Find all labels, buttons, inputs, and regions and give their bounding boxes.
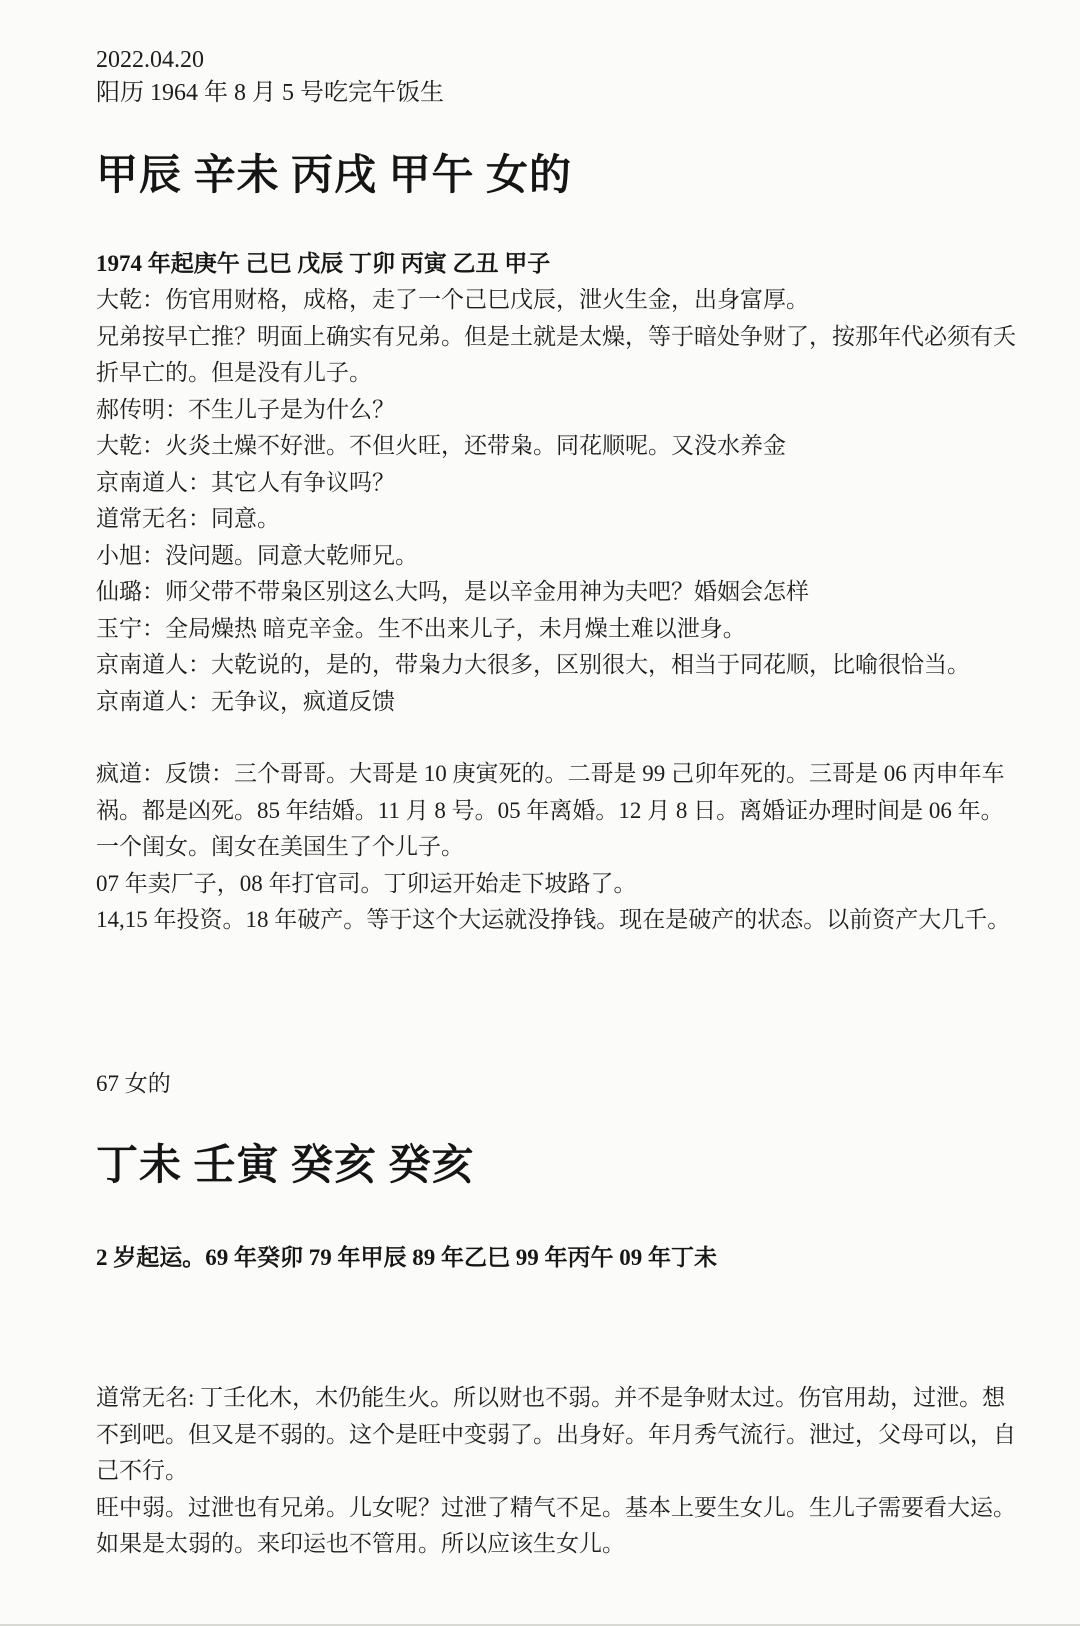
discussion-line: 小旭：没问题。同意大乾师兄。 (96, 538, 1044, 575)
feedback-line: 14,15 年投资。18 年破产。等于这个大运就没挣钱。现在是破产的状态。以前资… (96, 902, 1044, 939)
discussion-line: 京南道人：大乾说的，是的，带枭力大很多，区别很大，相当于同花顺，比喻很恰当。 (96, 647, 1044, 684)
discussion-line: 大乾：火炎土燥不好泄。不但火旺，还带枭。同花顺呢。又没水养金 (96, 428, 1044, 465)
birth-info: 阳历 1964 年 8 月 5 号吃完午饭生 (96, 77, 1044, 110)
document-page: 2022.04.20 阳历 1964 年 8 月 5 号吃完午饭生 甲辰 辛未 … (0, 0, 1080, 1626)
feedback-line: 07 年卖厂子，08 年打官司。丁卯运开始走下坡路了。 (96, 866, 1044, 903)
feedback-line: 祸。都是凶死。85 年结婚。11 月 8 号。05 年离婚。12 月 8 日。离… (96, 793, 1044, 830)
discussion-line: 折早亡的。但是没有儿子。 (96, 355, 1044, 392)
bazi-pillars-heading-2: 丁未 壬寅 癸亥 癸亥 (96, 1142, 1044, 1190)
age-note: 67 女的 (96, 1066, 1044, 1103)
analysis-line: 道常无名: 丁壬化木，木仍能生火。所以财也不弱。并不是争财太过。伤官用劫，过泄。… (96, 1380, 1044, 1417)
feedback-line: 疯道：反馈：三个哥哥。大哥是 10 庚寅死的。二哥是 99 己卯年死的。三哥是 … (96, 756, 1044, 793)
discussion-line: 京南道人：其它人有争议吗？ (96, 465, 1044, 502)
analysis-line: 己不行。 (96, 1453, 1044, 1490)
feedback-block: 疯道：反馈：三个哥哥。大哥是 10 庚寅死的。二哥是 99 己卯年死的。三哥是 … (96, 756, 1044, 939)
discussion-block: 大乾：伤官用财格，成格，走了一个己巳戊辰，泄火生金，出身富厚。 兄弟按早亡推？明… (96, 282, 1044, 720)
luck-cycles-line-2: 2 岁起运。69 年癸卯 79 年甲辰 89 年乙巳 99 年丙午 09 年丁未 (96, 1240, 1044, 1276)
discussion-line: 玉宁：全局燥热 暗克辛金。生不出来儿子，未月燥土难以泄身。 (96, 611, 1044, 648)
analysis-line: 旺中弱。过泄也有兄弟。儿女呢？过泄了精气不足。基本上要生女儿。生儿子需要看大运。 (96, 1490, 1044, 1527)
analysis-line: 不到吧。但又是不弱的。这个是旺中变弱了。出身好。年月秀气流行。泄过，父母可以，自 (96, 1417, 1044, 1454)
analysis-line: 如果是太弱的。来印运也不管用。所以应该生女儿。 (96, 1526, 1044, 1563)
feedback-line: 一个闺女。闺女在美国生了个儿子。 (96, 829, 1044, 866)
discussion-line: 郝传明：不生儿子是为什么？ (96, 392, 1044, 429)
discussion-line: 兄弟按早亡推？明面上确实有兄弟。但是土就是太燥，等于暗处争财了，按那年代必须有夭 (96, 319, 1044, 356)
bazi-pillars-heading-1: 甲辰 辛未 丙戌 甲午 女的 (96, 152, 1044, 200)
record-date: 2022.04.20 (96, 44, 1044, 77)
discussion-line: 仙璐：师父带不带枭区别这么大吗，是以辛金用神为夫吧？婚姻会怎样 (96, 574, 1044, 611)
luck-cycles-line-1: 1974 年起庚午 己巳 戊辰 丁卯 丙寅 乙丑 甲子 (96, 246, 1044, 282)
analysis-block: 道常无名: 丁壬化木，木仍能生火。所以财也不弱。并不是争财太过。伤官用劫，过泄。… (96, 1380, 1044, 1563)
discussion-line: 大乾：伤官用财格，成格，走了一个己巳戊辰，泄火生金，出身富厚。 (96, 282, 1044, 319)
discussion-line: 道常无名：同意。 (96, 501, 1044, 538)
discussion-line: 京南道人：无争议，疯道反馈 (96, 684, 1044, 721)
